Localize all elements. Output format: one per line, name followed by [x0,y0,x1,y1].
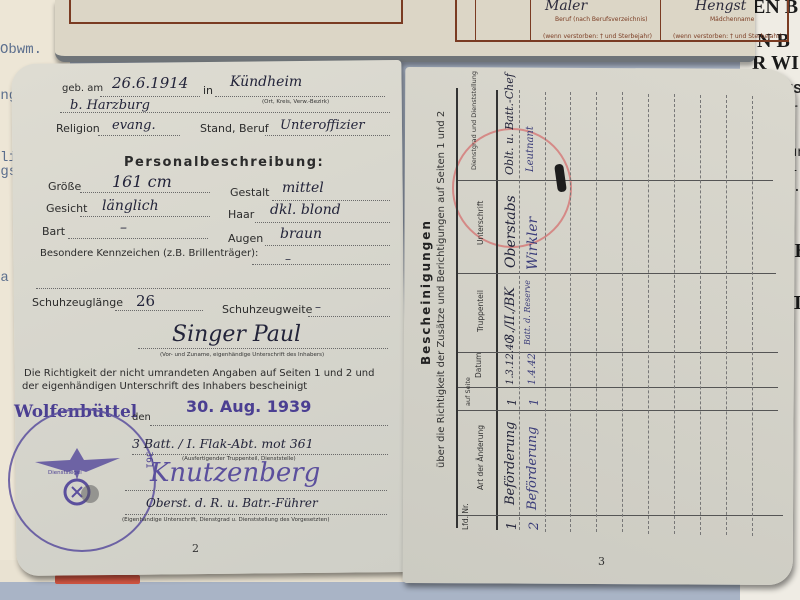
dotted-line [215,96,385,97]
row2-nr: 2 [527,522,542,530]
col-line [545,92,546,532]
dotted-line [265,135,390,136]
row1-datum: 1.3.12.40 [505,337,516,385]
dotted-line [100,96,200,97]
hair-label: Haar [228,208,254,221]
officer-signature: Knutzenberg [150,458,320,488]
face-value: länglich [102,198,159,214]
page-3-subtitle: über die Richtigkeit der Zusätze und Ber… [436,111,447,468]
occupation-value: Maler [545,0,587,14]
maiden-name-label: Mädchenname [710,16,754,23]
birth-in-label: in [203,84,213,97]
officer-caption: (Eigenhändige Unterschrift, Dienstgrad u… [122,517,330,523]
row1-art: Beförderung [503,422,518,505]
col-line [674,94,675,534]
beard-value: – [120,220,127,236]
table-border-left [456,88,458,528]
section-title: Personalbeschreibung: [124,155,324,170]
dotted-line [150,425,388,426]
col-line [622,92,623,532]
maiden-name-note: (wenn verstorben: † und Sterbejahr) [673,33,782,40]
build-label: Gestalt [230,186,269,199]
birth-place-line2: b. Harzburg [70,98,150,113]
booklet-frame-left [69,0,403,24]
frame-divider [475,0,476,40]
row1-seite: 1 [505,398,519,406]
birth-date-label: geb. am [62,83,103,94]
row2-unterschrift: Wirkler [525,217,541,270]
col-line [648,94,649,534]
shoe-length-label: Schuhzeuglänge [32,296,123,309]
column-header-nr: Lfd. Nr. [461,503,470,530]
certification-line2: der eigenhändigen Unterschrift des Inhab… [22,381,307,392]
occupation-note: (wenn verstorben: † und Sterbejahr) [543,33,652,40]
dotted-line [272,200,390,201]
eyes-label: Augen [228,232,263,245]
holder-signature: Singer Paul [172,322,301,347]
dotted-line [138,348,388,349]
row1-dienstgrad: Oblt. u. Batt.-Chef [503,73,516,175]
row2-dienstgrad: Leutnant [525,126,536,172]
frame-divider [660,0,661,40]
build-value: mittel [282,180,324,196]
dotted-line [68,238,208,239]
stand-value: Unteroffizier [280,118,365,133]
column-header-seite: auf Seite [464,377,472,406]
typed-text: Obwm. [0,42,42,58]
special-marks-value: – [285,252,291,266]
col-line [700,95,701,535]
shoe-width-value: – [315,300,321,314]
unit-value: 3 Batt. / I. Flak-Abt. mot 361 [132,436,314,451]
shoe-width-label: Schuhzeugweite [222,303,312,316]
height-value: 161 cm [112,172,172,191]
col-line [570,92,571,532]
birth-place-caption: (Ort, Kreis, Verw.-Bezirk) [262,99,329,105]
row2-seite: 1 [527,398,541,406]
face-label: Gesicht [46,202,87,215]
birth-date-value: 26.6.1914 [112,74,188,92]
maiden-name-value: Hengst [695,0,746,14]
row1-unterschrift: Oberstabs [503,195,519,268]
row-line [458,387,778,388]
religion-label: Religion [56,122,100,135]
birth-place-value: Kündheim [230,74,302,90]
dotted-line [80,192,210,193]
dotted-line [132,454,388,455]
dotted-line [36,288,390,289]
col-line [519,90,520,530]
special-marks-label: Besondere Kennzeichen (z.B. Brillenträge… [40,248,258,259]
seal-text: Dienstsiegel [48,470,82,476]
dotted-line [115,310,203,311]
religion-value: evang. [112,118,156,133]
column-header-dienstgrad: Dienstgrad und Dienststellung [470,71,478,170]
height-label: Größe [48,180,81,193]
eyes-value: braun [280,226,322,242]
table-border-header [496,90,498,530]
row-line [458,515,783,516]
row2-truppenteil: Batt. d. Reserve [523,280,532,345]
column-header-unterschrift: Unterschrift [476,201,485,245]
column-header-art: Art der Änderung [476,425,485,490]
row2-art: Beförderung [525,427,540,510]
col-line [726,95,727,535]
dotted-line [255,222,390,223]
dotted-line [308,316,390,317]
dotted-line [252,264,390,265]
hair-value: dkl. blond [270,202,341,218]
frame-divider [530,0,531,40]
dotted-line [265,245,390,246]
page-number-right: 3 [598,555,605,568]
row2-datum: 1.4.42 [527,353,538,385]
row1-truppenteil: 3./II./BK [503,287,518,342]
page-number-left: 2 [192,542,199,555]
occupation-label: Beruf (nach Berufsverzeichnis) [555,16,648,23]
row-line [458,273,776,274]
row-line [458,410,778,411]
shoe-length-value: 26 [136,292,155,310]
officer-rank: Oberst. d. R. u. Batr.-Führer [146,496,318,510]
column-header-truppenteil: Truppenteil [476,290,485,332]
stand-label: Stand, Beruf [200,122,269,135]
col-line [752,96,753,536]
row1-nr: 1 [505,522,520,530]
beard-label: Bart [42,225,65,238]
dotted-line [125,514,387,515]
red-tab [55,575,140,584]
dotted-line [98,135,180,136]
column-header-datum: Datum [474,353,483,378]
date-stamp: 30. Aug. 1939 [186,397,311,416]
den-label: den [132,412,151,423]
top-booklet: Maler Beruf (nach Berufsverzeichnis) (we… [55,0,755,62]
certification-line1: Die Richtigkeit der nicht umrandeten Ang… [24,368,374,379]
typed-text: ia [0,270,9,286]
dotted-line [125,490,387,491]
dotted-line [60,112,390,113]
holder-signature-caption: (Vor- und Zuname, eigenhändige Unterschr… [160,352,324,358]
page-3-title: Bescheinigungen [419,219,433,365]
dotted-line [80,216,210,217]
col-line [596,92,597,532]
